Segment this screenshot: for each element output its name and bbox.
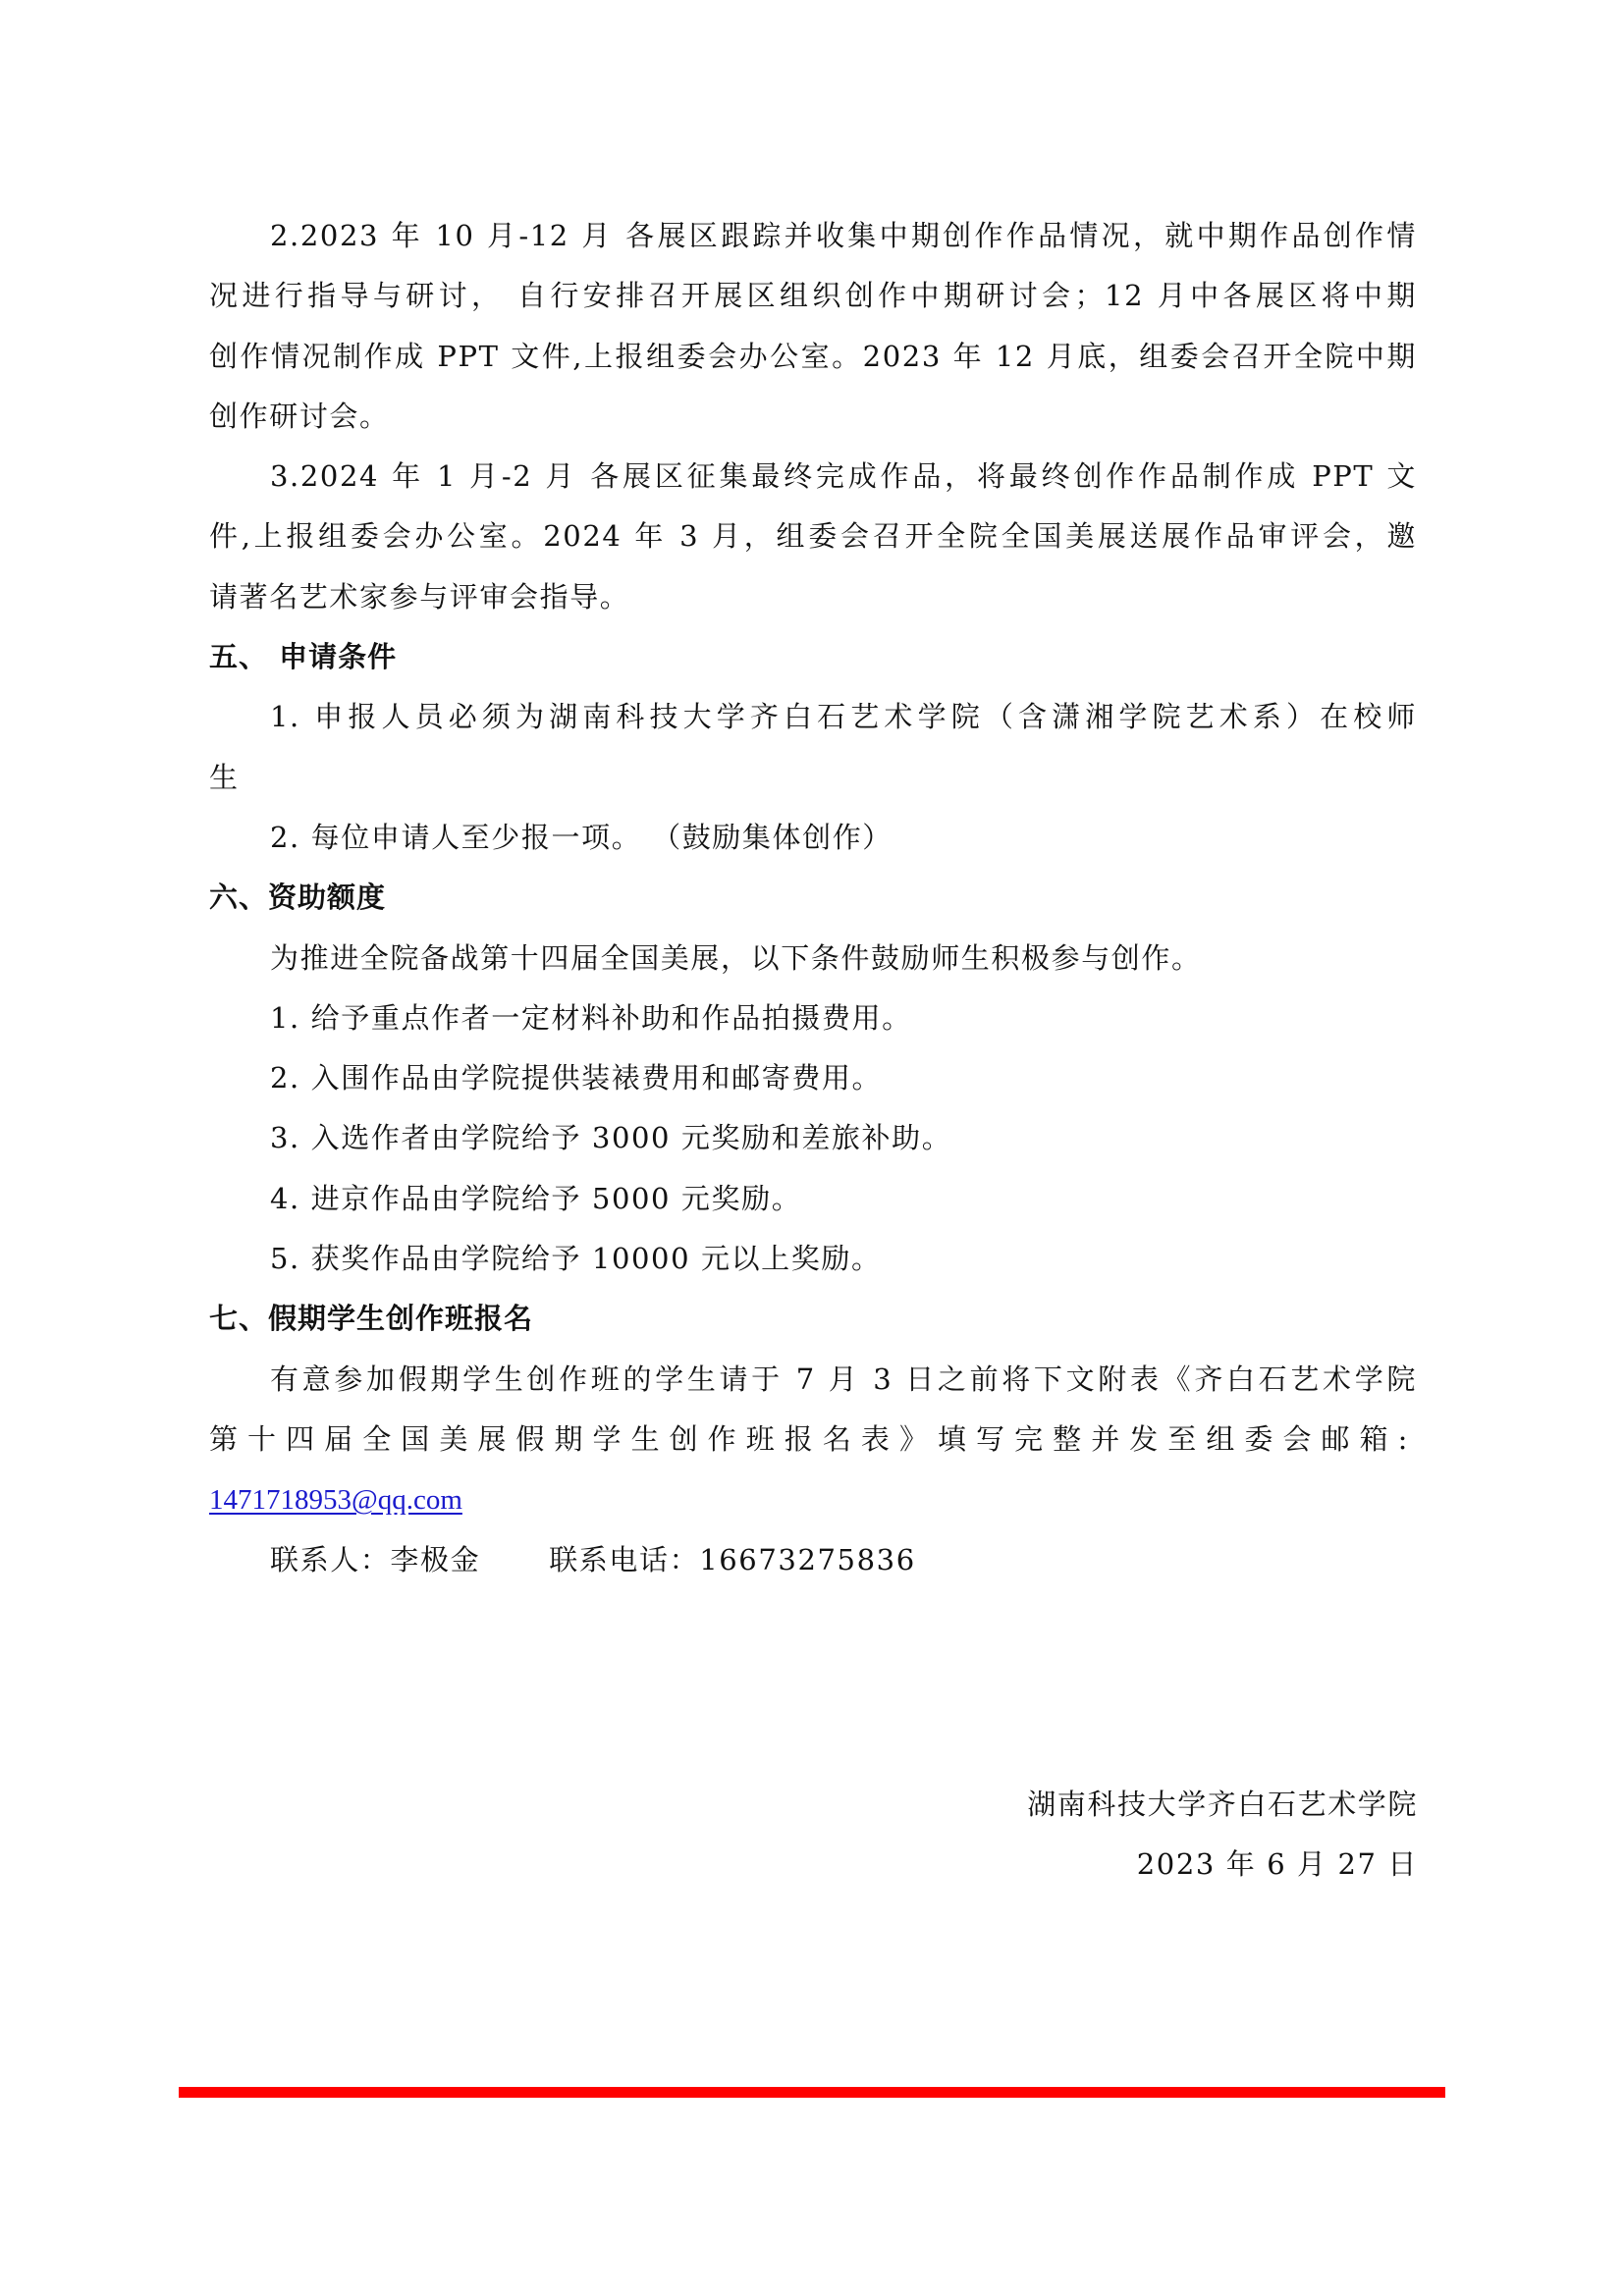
section-heading-holiday-class-signup: 七、假期学生创作班报名 bbox=[209, 1289, 1417, 1349]
list-item: 1. 给予重点作者一定材料补助和作品拍摄费用。 bbox=[209, 988, 1417, 1048]
signature-date: 2023 年 6 月 27 日 bbox=[1137, 1835, 1418, 1895]
paragraph-line: 件,上报组委会办公室。2024 年 3 月，组委会召开全院全国美展送展作品审评会… bbox=[209, 507, 1417, 566]
list-item: 4. 进京作品由学院给予 5000 元奖励。 bbox=[209, 1169, 1417, 1229]
signature-org: 湖南科技大学齐白石艺术学院 bbox=[1027, 1775, 1418, 1835]
list-item-continuation: 生 bbox=[209, 748, 1417, 808]
paragraph-line: 请著名艺术家参与评审会指导。 bbox=[209, 567, 1417, 627]
email-link[interactable]: 1471718953@qq.com bbox=[209, 1484, 462, 1516]
list-item: 5. 获奖作品由学院给予 10000 元以上奖励。 bbox=[209, 1229, 1417, 1289]
contact-phone: 联系电话：16673275836 bbox=[549, 1543, 916, 1576]
list-item: 3. 入选作者由学院给予 3000 元奖励和差旅补助。 bbox=[209, 1108, 1417, 1168]
list-item: 2. 入围作品由学院提供装裱费用和邮寄费用。 bbox=[209, 1048, 1417, 1108]
paragraph-line: 创作研讨会。 bbox=[209, 387, 1417, 447]
section-heading-funding-amount: 六、资助额度 bbox=[209, 868, 1417, 928]
paragraph-line: 第十四届全国美展假期学生创作班报名表》填写完整并发至组委会邮箱: bbox=[209, 1410, 1417, 1469]
contact-line: 联系人：李极金联系电话：16673275836 bbox=[209, 1530, 1417, 1590]
list-item: 1. 申报人员必须为湖南科技大学齐白石艺术学院（含潇湘学院艺术系）在校师 bbox=[209, 687, 1417, 747]
paragraph-line: 况进行指导与研讨， 自行安排召开展区组织创作中期研讨会；12 月中各展区将中期 bbox=[209, 266, 1417, 326]
list-item: 2. 每位申请人至少报一项。 （鼓励集体创作） bbox=[209, 808, 1417, 868]
section-heading-application-conditions: 五、 申请条件 bbox=[209, 627, 1417, 687]
email-line: 1471718953@qq.com bbox=[209, 1469, 1417, 1529]
paragraph-line: 创作情况制作成 PPT 文件,上报组委会办公室。2023 年 12 月底，组委会… bbox=[209, 327, 1417, 387]
section-intro: 为推进全院备战第十四届全国美展，以下条件鼓励师生积极参与创作。 bbox=[209, 929, 1417, 988]
paragraph-line: 2.2023 年 10 月-12 月 各展区跟踪并收集中期创作作品情况，就中期作… bbox=[209, 206, 1417, 266]
contact-person: 联系人：李极金 bbox=[270, 1543, 480, 1576]
document-body: 2.2023 年 10 月-12 月 各展区跟踪并收集中期创作作品情况，就中期作… bbox=[209, 206, 1417, 1590]
paragraph-line: 有意参加假期学生创作班的学生请于 7 月 3 日之前将下文附表《齐白石艺术学院 bbox=[209, 1350, 1417, 1410]
paragraph-line: 3.2024 年 1 月-2 月 各展区征集最终完成作品，将最终创作作品制作成 … bbox=[209, 447, 1417, 507]
footer-red-rule bbox=[179, 2087, 1445, 2098]
